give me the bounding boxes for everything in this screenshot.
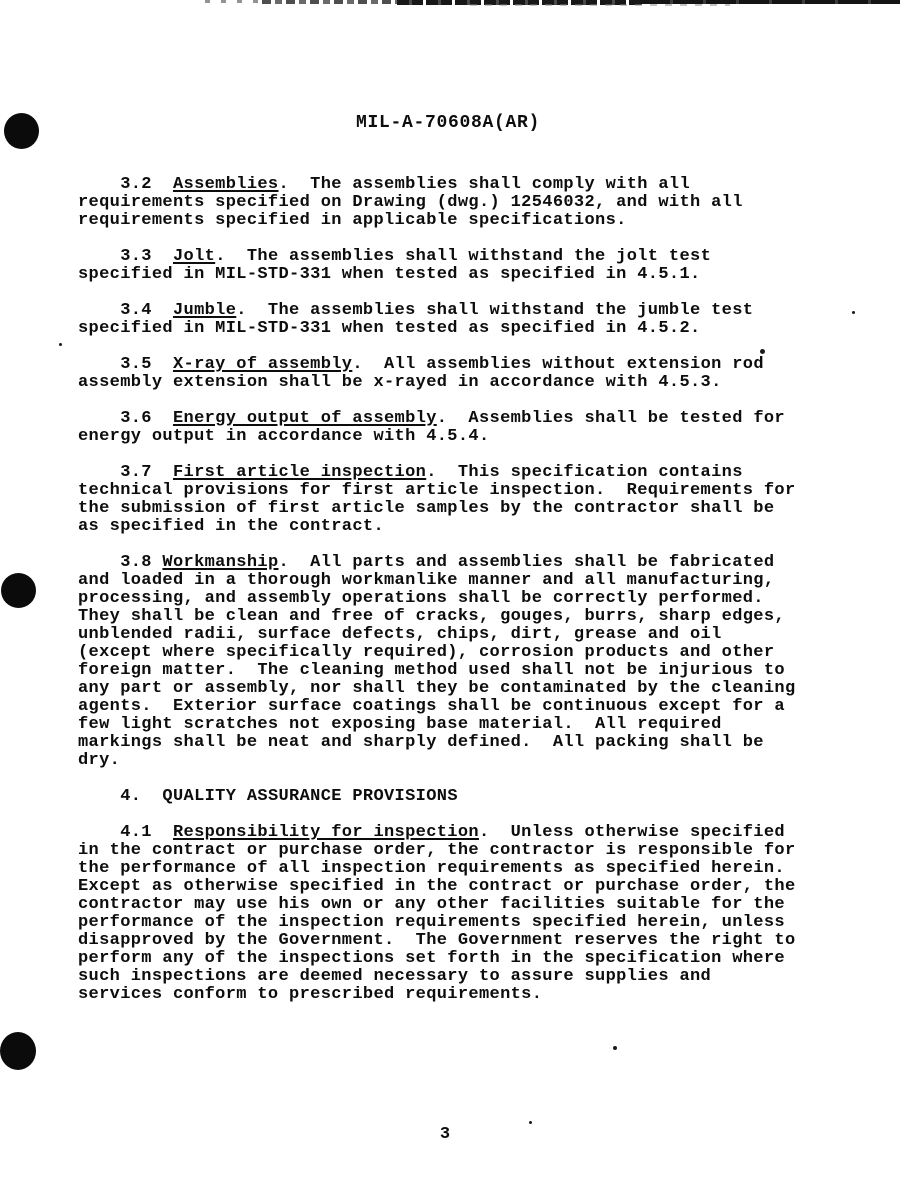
section-number: 3.3 bbox=[78, 247, 173, 266]
section-text-line: specified in MIL-STD-331 when tested as … bbox=[78, 266, 883, 284]
section-text-line: contractor may use his own or any other … bbox=[78, 896, 883, 914]
section-text-line: processing, and assembly operations shal… bbox=[78, 590, 883, 608]
section-number: 3.7 bbox=[78, 463, 173, 482]
section-title: X-ray of assembly bbox=[173, 355, 352, 374]
section-title: Workmanship bbox=[162, 553, 278, 572]
section-text-line: perform any of the inspections set forth… bbox=[78, 950, 883, 968]
section-title: QUALITY ASSURANCE PROVISIONS bbox=[162, 787, 457, 806]
section-title: First article inspection bbox=[173, 463, 426, 482]
section-number: 3.4 bbox=[78, 301, 173, 320]
section-text-line: few light scratches not exposing base ma… bbox=[78, 716, 883, 734]
ink-speck bbox=[59, 343, 62, 346]
section-text: . Assemblies shall be tested for bbox=[437, 409, 785, 428]
section-number: 3.2 bbox=[78, 175, 173, 194]
section-title: Jolt bbox=[173, 247, 215, 266]
section-heading-line: 3.5 X-ray of assembly. All assemblies wi… bbox=[78, 356, 883, 374]
section-text-line: the performance of all inspection requir… bbox=[78, 860, 883, 878]
section-text-line: as specified in the contract. bbox=[78, 518, 883, 536]
section-text-line: requirements specified in applicable spe… bbox=[78, 212, 883, 230]
section-text-line: requirements specified on Drawing (dwg.)… bbox=[78, 194, 883, 212]
section-text-line: energy output in accordance with 4.5.4. bbox=[78, 428, 883, 446]
section-heading-line: 3.4 Jumble. The assemblies shall withsta… bbox=[78, 302, 883, 320]
ink-speck bbox=[613, 1046, 617, 1050]
section-3-4: 3.4 Jumble. The assemblies shall withsta… bbox=[78, 302, 883, 338]
section-number: 4. bbox=[78, 787, 162, 806]
section-text-line: disapproved by the Government. The Gover… bbox=[78, 932, 883, 950]
section-3-2: 3.2 Assemblies. The assemblies shall com… bbox=[78, 176, 883, 230]
section-text-line: any part or assembly, nor shall they be … bbox=[78, 680, 883, 698]
section-number: 3.8 bbox=[78, 553, 162, 572]
section-heading-line: 4. QUALITY ASSURANCE PROVISIONS bbox=[78, 788, 883, 806]
section-heading-line: 3.2 Assemblies. The assemblies shall com… bbox=[78, 176, 883, 194]
section-number: 4.1 bbox=[78, 823, 173, 842]
scan-edge-artifact bbox=[205, 0, 265, 3]
section-text-line: dry. bbox=[78, 752, 883, 770]
section-text-line: specified in MIL-STD-331 when tested as … bbox=[78, 320, 883, 338]
section-4-1: 4.1 Responsibility for inspection. Unles… bbox=[78, 824, 883, 1004]
section-3-6: 3.6 Energy output of assembly. Assemblie… bbox=[78, 410, 883, 446]
ink-speck bbox=[529, 1121, 532, 1124]
section-text-line: and loaded in a thorough workmanlike man… bbox=[78, 572, 883, 590]
section-heading-line: 3.8 Workmanship. All parts and assemblie… bbox=[78, 554, 883, 572]
section-text: . All parts and assemblies shall be fabr… bbox=[279, 553, 775, 572]
section-heading-line: 4.1 Responsibility for inspection. Unles… bbox=[78, 824, 883, 842]
section-text-line: (except where specifically required), co… bbox=[78, 644, 883, 662]
section-title: Responsibility for inspection bbox=[173, 823, 479, 842]
section-3-8: 3.8 Workmanship. All parts and assemblie… bbox=[78, 554, 883, 770]
section-text-line: in the contract or purchase order, the c… bbox=[78, 842, 883, 860]
section-text-line: unblended radii, surface defects, chips,… bbox=[78, 626, 883, 644]
section-text-line: such inspections are deemed necessary to… bbox=[78, 968, 883, 986]
document-id-header: MIL-A-70608A(AR) bbox=[0, 114, 896, 133]
section-text: . This specification contains bbox=[426, 463, 743, 482]
section-text-line: the submission of first article samples … bbox=[78, 500, 883, 518]
section-3-7: 3.7 First article inspection. This speci… bbox=[78, 464, 883, 536]
hole-punch-dot bbox=[1, 573, 36, 608]
section-text-line: assembly extension shall be x-rayed in a… bbox=[78, 374, 883, 392]
section-text-line: performance of the inspection requiremen… bbox=[78, 914, 883, 932]
section-heading-line: 3.3 Jolt. The assemblies shall withstand… bbox=[78, 248, 883, 266]
section-title: Energy output of assembly bbox=[173, 409, 437, 428]
section-heading-line: 3.6 Energy output of assembly. Assemblie… bbox=[78, 410, 883, 428]
section-text: . The assemblies shall withstand the jol… bbox=[215, 247, 711, 266]
scan-edge-artifact bbox=[262, 0, 397, 4]
section-4-heading: 4. QUALITY ASSURANCE PROVISIONS bbox=[78, 788, 883, 806]
section-number: 3.6 bbox=[78, 409, 173, 428]
hole-punch-dot bbox=[0, 1032, 36, 1070]
page-number: 3 bbox=[0, 1126, 890, 1144]
section-text: . Unless otherwise specified bbox=[479, 823, 785, 842]
section-text-line: They shall be clean and free of cracks, … bbox=[78, 608, 883, 626]
section-text: . The assemblies shall withstand the jum… bbox=[236, 301, 753, 320]
section-text-line: technical provisions for first article i… bbox=[78, 482, 883, 500]
section-text: . All assemblies without extension rod bbox=[352, 355, 764, 374]
section-text-line: services conform to prescribed requireme… bbox=[78, 986, 883, 1004]
section-number: 3.5 bbox=[78, 355, 173, 374]
section-title: Jumble bbox=[173, 301, 236, 320]
section-text: . The assemblies shall comply with all bbox=[279, 175, 691, 194]
document-body: 3.2 Assemblies. The assemblies shall com… bbox=[78, 176, 883, 1022]
section-heading-line: 3.7 First article inspection. This speci… bbox=[78, 464, 883, 482]
document-page: MIL-A-70608A(AR) 3.2 Assemblies. The ass… bbox=[0, 0, 900, 1181]
section-text-line: agents. Exterior surface coatings shall … bbox=[78, 698, 883, 716]
section-text-line: Except as otherwise specified in the con… bbox=[78, 878, 883, 896]
scan-edge-artifact bbox=[470, 4, 730, 6]
section-3-5: 3.5 X-ray of assembly. All assemblies wi… bbox=[78, 356, 883, 392]
section-text-line: foreign matter. The cleaning method used… bbox=[78, 662, 883, 680]
section-text-line: markings shall be neat and sharply defin… bbox=[78, 734, 883, 752]
section-3-3: 3.3 Jolt. The assemblies shall withstand… bbox=[78, 248, 883, 284]
section-title: Assemblies bbox=[173, 175, 279, 194]
